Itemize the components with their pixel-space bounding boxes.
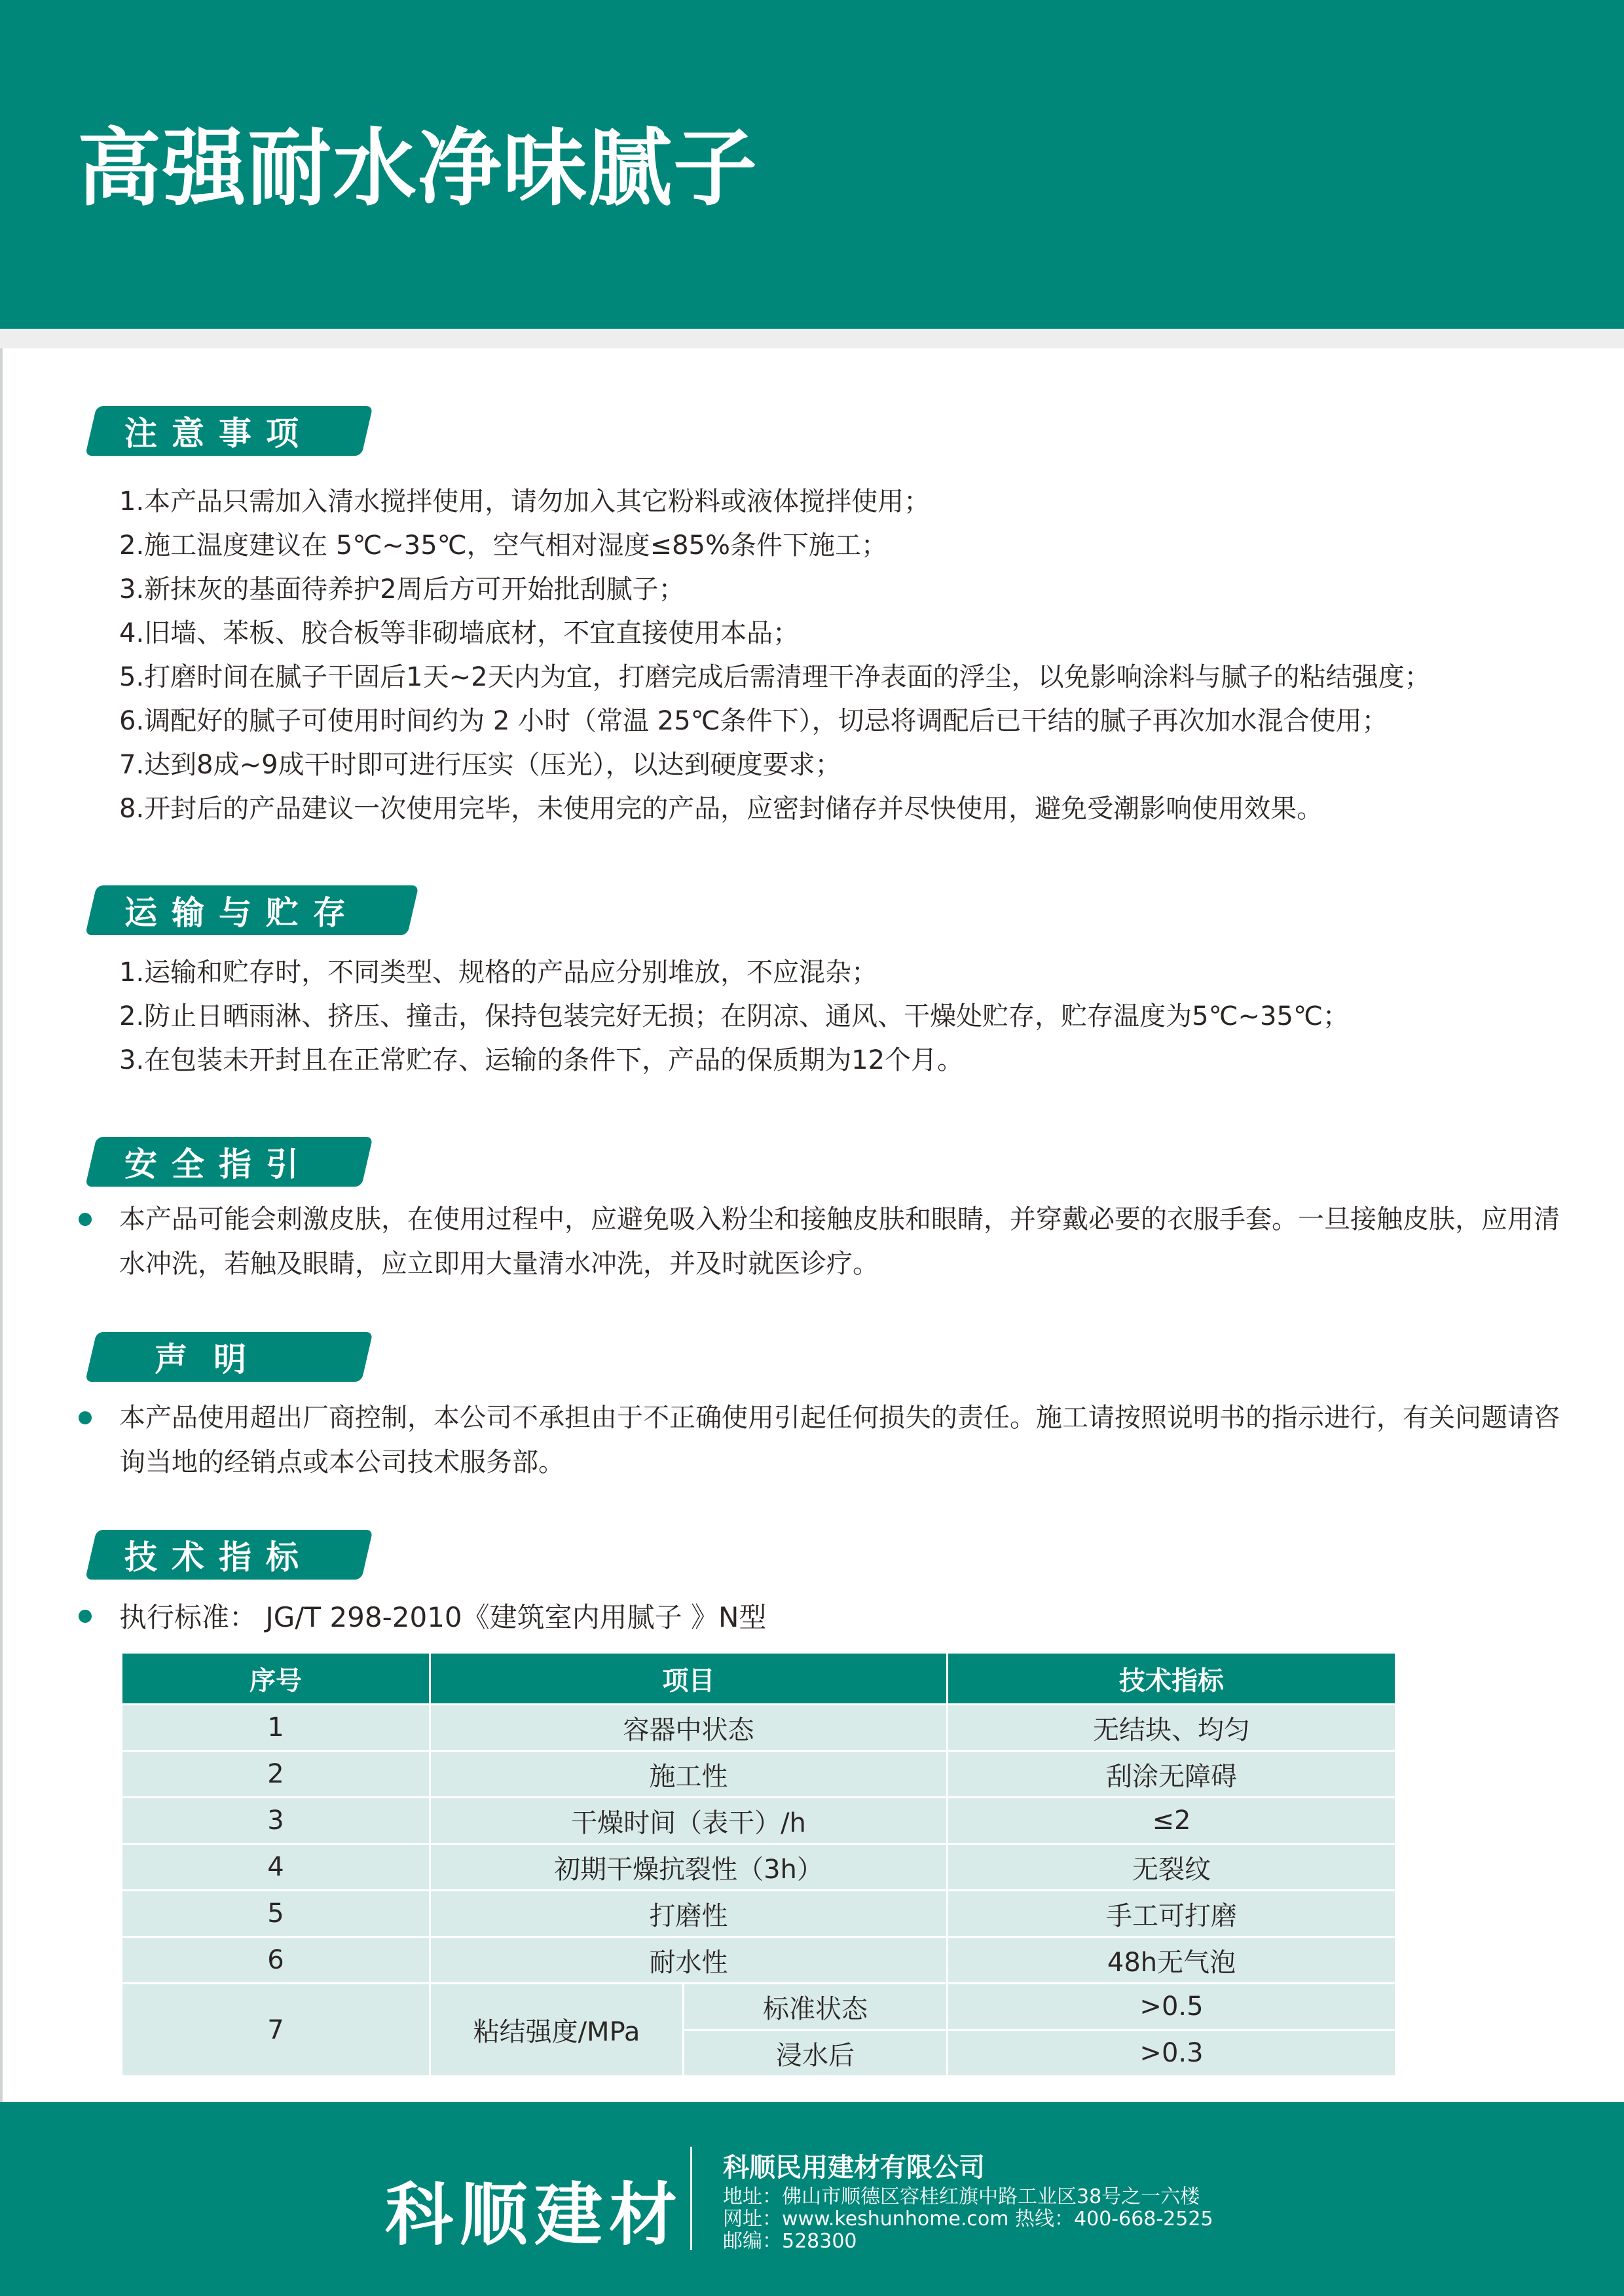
precautions-list: 1.本产品只需加入清水搅拌使用，请勿加入其它粉料或液体搅拌使用； 2.施工温度建… [119,480,1431,831]
section-title: 声明 [79,1332,361,1382]
list-item: 1.运输和贮存时，不同类型、规格的产品应分别堆放，不应混杂； [119,951,1349,995]
list-item: 5.打磨时间在腻子干固后1天~2天内为宜，打磨完成后需清理干净表面的浮尘，以免影… [119,656,1431,699]
section-tag-storage: 运输与贮存 [79,885,407,935]
product-title: 高强耐水净味腻子 [77,123,758,215]
section-title: 安全指引 [79,1137,361,1187]
list-item: 6.调配好的腻子可使用时间约为 2 小时（常温 25℃条件下），切忌将调配后已干… [119,699,1431,743]
cell-value: 刮涂无障碍 [948,1751,1396,1798]
execution-standard: 执行标准： JG/T 298-2010《建筑室内用腻子 》N型 [119,1598,766,1637]
cell-no: 6 [122,1937,430,1984]
cell-value: 无裂纹 [948,1844,1396,1891]
cell-value: 48h无气泡 [948,1937,1396,1984]
col-header-value: 技术指标 [948,1653,1396,1705]
cell-no: 5 [122,1891,430,1937]
table-row: 2 施工性 刮涂无障碍 [122,1751,1396,1798]
safety-text: 本产品可能会刺激皮肤，在使用过程中，应避免吸入粉尘和接触皮肤和眼睛，并穿戴必要的… [119,1197,1560,1286]
cell-condition: 标准状态 [684,1984,948,2030]
section-tag-disclaimer: 声明 [79,1332,361,1382]
brand-logo-text: 科顺建材 [385,2160,684,2258]
cell-item: 耐水性 [430,1937,948,1984]
spec-table: 序号 项目 技术指标 1 容器中状态 无结块、均匀 2 施工性 刮涂无障碍 3 … [120,1652,1397,2077]
col-header-no: 序号 [122,1653,430,1705]
list-item: 3.新抹灰的基面待养护2周后方可开始批刮腻子； [119,568,1431,612]
cell-item: 施工性 [430,1751,948,1798]
cell-item: 容器中状态 [430,1705,948,1751]
table-row: 1 容器中状态 无结块、均匀 [122,1705,1396,1751]
list-item: 1.本产品只需加入清水搅拌使用，请勿加入其它粉料或液体搅拌使用； [119,480,1431,524]
bullet-icon [79,1610,92,1623]
cell-item: 粘结强度/MPa [430,1984,684,2077]
cell-condition: 浸水后 [684,2030,948,2077]
cell-no: 7 [122,1984,430,2077]
table-row: 7 粘结强度/MPa 标准状态 >0.5 [122,1984,1396,2030]
table-row: 3 干燥时间（表干）/h ≤2 [122,1798,1396,1844]
cell-value: 手工可打磨 [948,1891,1396,1937]
cell-item: 打磨性 [430,1891,948,1937]
section-tag-precautions: 注意事项 [79,406,361,456]
header-banner: 高强耐水净味腻子 [0,0,1624,329]
header-strip [0,329,1624,348]
cell-no: 2 [122,1751,430,1798]
table-row: 5 打磨性 手工可打磨 [122,1891,1396,1937]
section-tag-safety: 安全指引 [79,1137,361,1187]
list-item: 8.开封后的产品建议一次使用完毕，未使用完的产品，应密封储存并尽快使用，避免受潮… [119,787,1431,831]
list-item: 2.施工温度建议在 5℃~35℃，空气相对湿度≤85%条件下施工； [119,524,1431,568]
bullet-icon [79,1213,92,1226]
section-title: 运输与贮存 [79,885,407,935]
cell-value: ≤2 [948,1798,1396,1844]
footer-divider [690,2147,692,2250]
company-website-hotline: 网址：www.keshunhome.com 热线：400-668-2525 [723,2208,1213,2231]
disclaimer-text: 本产品使用超出厂商控制，本公司不承担由于不正确使用引起任何损失的责任。施工请按照… [119,1396,1560,1485]
cell-value: 无结块、均匀 [948,1705,1396,1751]
cell-no: 3 [122,1798,430,1844]
company-address: 地址：佛山市顺德区容桂红旗中路工业区38号之一六楼 [723,2186,1200,2208]
list-item: 2.防止日晒雨淋、挤压、撞击，保持包装完好无损；在阴凉、通风、干燥处贮存，贮存温… [119,995,1349,1039]
cell-no: 4 [122,1844,430,1891]
table-row: 6 耐水性 48h无气泡 [122,1937,1396,1984]
list-item: 3.在包装未开封且在正常贮存、运输的条件下，产品的保质期为12个月。 [119,1039,1349,1083]
col-header-item: 项目 [430,1653,948,1705]
section-title: 技术指标 [79,1530,361,1580]
company-postcode: 邮编：528300 [723,2231,857,2253]
footer: 科顺建材 科顺民用建材有限公司 地址：佛山市顺德区容桂红旗中路工业区38号之一六… [0,2102,1624,2296]
section-tag-specs: 技术指标 [79,1530,361,1580]
section-title: 注意事项 [79,406,361,456]
bullet-icon [79,1411,92,1424]
list-item: 4.旧墙、苯板、胶合板等非砌墙底材，不宜直接使用本品； [119,612,1431,656]
cell-item: 干燥时间（表干）/h [430,1798,948,1844]
list-item: 7.达到8成~9成干时即可进行压实（压光），以达到硬度要求； [119,743,1431,787]
table-row: 4 初期干燥抗裂性（3h） 无裂纹 [122,1844,1396,1891]
cell-no: 1 [122,1705,430,1751]
cell-value: >0.5 [948,1984,1396,2030]
table-header-row: 序号 项目 技术指标 [122,1653,1396,1705]
storage-list: 1.运输和贮存时，不同类型、规格的产品应分别堆放，不应混杂； 2.防止日晒雨淋、… [119,951,1349,1083]
company-name: 科顺民用建材有限公司 [723,2147,985,2184]
cell-value: >0.3 [948,2030,1396,2077]
cell-item: 初期干燥抗裂性（3h） [430,1844,948,1891]
